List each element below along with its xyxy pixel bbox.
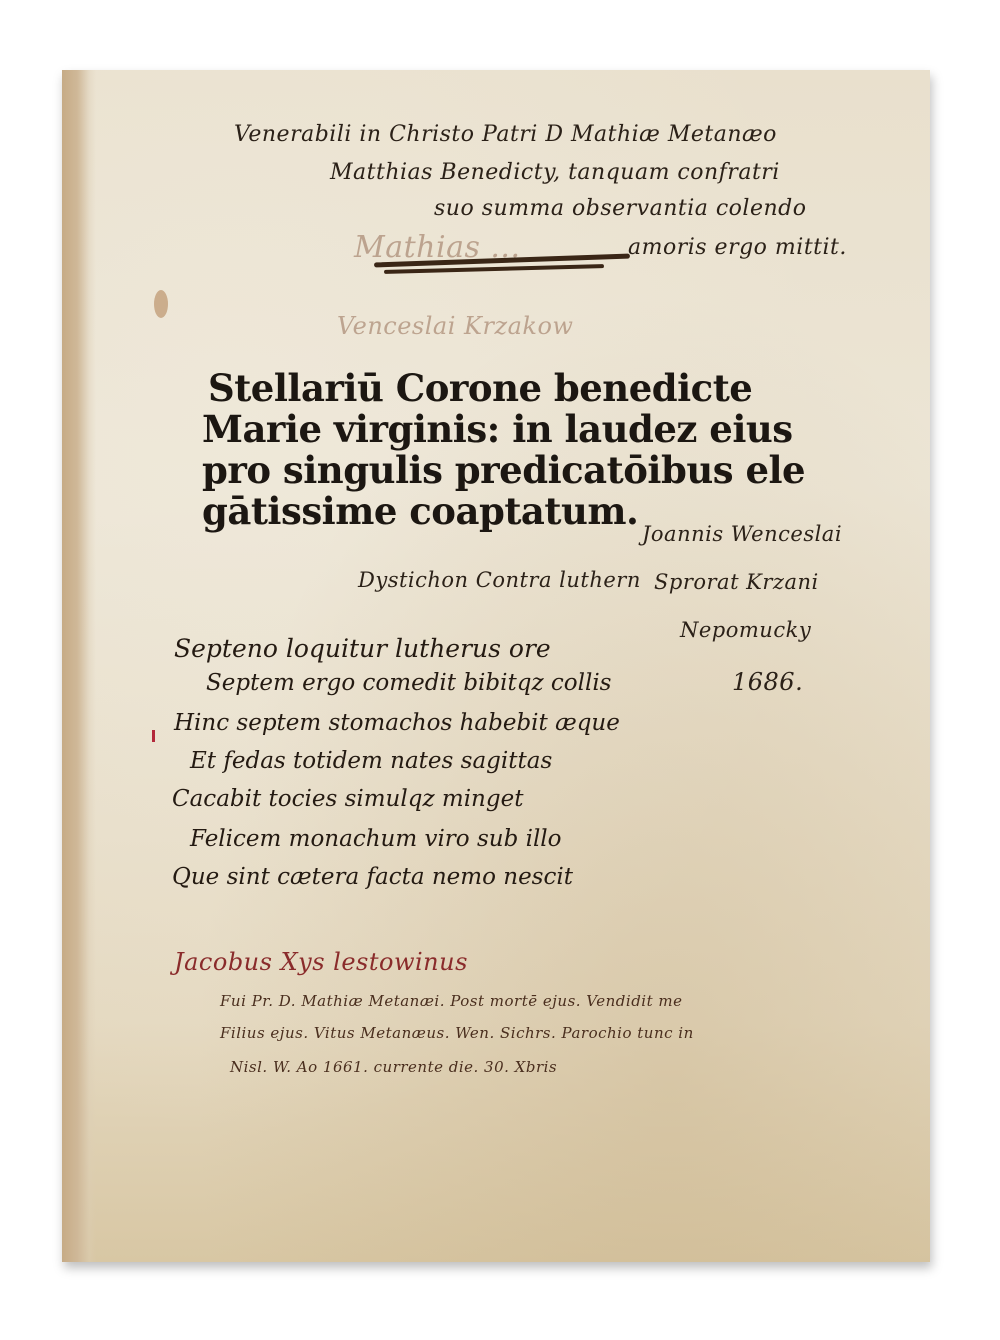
poem-line: Septem ergo comedit bibitqz collis	[206, 670, 612, 696]
stain-spot	[154, 290, 168, 318]
red-signature: Jacobus Xys lestowinus	[174, 948, 468, 976]
note-line: Nisl. W. Ao 1661. currente die. 30. Xbri…	[230, 1058, 557, 1076]
poem-line: Septeno loquitur lutherus ore	[174, 634, 551, 663]
dedication-line: Venerabili in Christo Patri D Mathiæ Met…	[234, 122, 777, 147]
title-line: pro singulis predicatōibus ele	[202, 450, 762, 491]
dedication-line: amoris ergo mittit.	[628, 235, 847, 260]
water-stain-left-edge	[62, 70, 96, 1262]
ownership-line: Sprorat Krzani	[654, 570, 819, 594]
poem-heading: Dystichon Contra luthern	[358, 568, 641, 592]
poem-line: Que sint cætera facta nemo nescit	[172, 864, 573, 890]
poem-line: Cacabit tocies simulqz minget	[172, 786, 523, 812]
dedication-line: suo summa observantia colendo	[434, 196, 806, 221]
note-line: Fui Pr. D. Mathiæ Metanæi. Post mortē ej…	[220, 992, 683, 1010]
note-line: Filius ejus. Vitus Metanæus. Wen. Sichrs…	[220, 1024, 694, 1042]
printed-title: Stellariū Corone benedicte Marie virgini…	[202, 368, 762, 532]
poem-line: Et fedas totidem nates sagittas	[190, 748, 552, 774]
ownership-line: Nepomucky	[680, 618, 811, 642]
poem-line: Hinc septem stomachos habebit æque	[174, 710, 620, 736]
poem-line: Felicem monachum viro sub illo	[190, 826, 562, 852]
manuscript-page: Venerabili in Christo Patri D Mathiæ Met…	[62, 70, 930, 1262]
ownership-line: Joannis Wenceslai	[642, 522, 842, 546]
title-line: Stellariū Corone benedicte	[202, 368, 762, 409]
title-line: Marie virginis: in laudez eius	[202, 409, 762, 450]
red-ink-mark	[152, 730, 155, 742]
ownership-year: 1686.	[732, 668, 803, 696]
dedication-line: Matthias Benedicty, tanquam confratri	[330, 160, 780, 185]
faded-owner-name: Venceslai Krzakow	[337, 312, 573, 340]
